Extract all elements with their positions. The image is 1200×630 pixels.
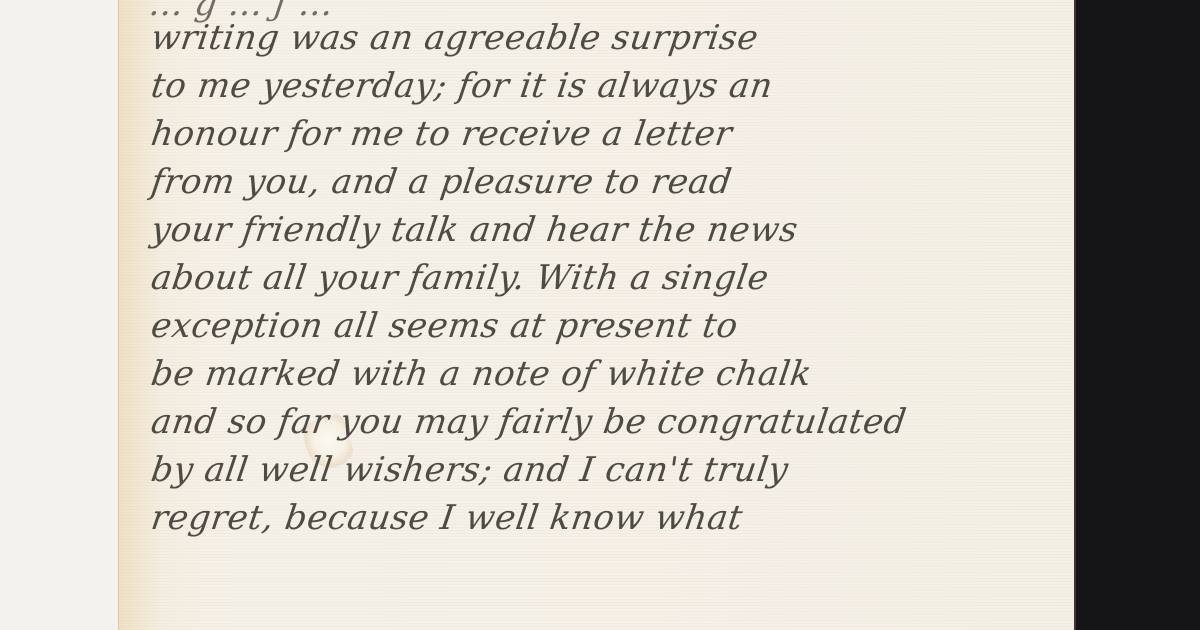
scan-backdrop [1076, 0, 1200, 630]
handwritten-text: … ĝ … ƒ … writing was an agreeable surpr… [148, 0, 1048, 542]
text-line: by all well wishers; and I can't truly [148, 446, 1055, 494]
text-line: regret, because I well know what [148, 494, 1055, 542]
text-line: exception all seems at present to [148, 302, 1055, 350]
text-line: and so far you may fairly be congratulat… [148, 398, 1055, 446]
scan-left-margin [0, 0, 118, 630]
text-line-fragment: … ĝ … ƒ … [148, 0, 1051, 14]
text-line: be marked with a note of white chalk [148, 350, 1055, 398]
text-line: honour for me to receive a letter [148, 110, 1055, 158]
text-line: from you, and a pleasure to read [148, 158, 1055, 206]
text-line: about all your family. With a single [148, 254, 1055, 302]
text-line: your friendly talk and hear the news [148, 206, 1055, 254]
text-line: to me yesterday; for it is always an [148, 62, 1055, 110]
text-line: writing was an agreeable surprise [148, 14, 1055, 62]
